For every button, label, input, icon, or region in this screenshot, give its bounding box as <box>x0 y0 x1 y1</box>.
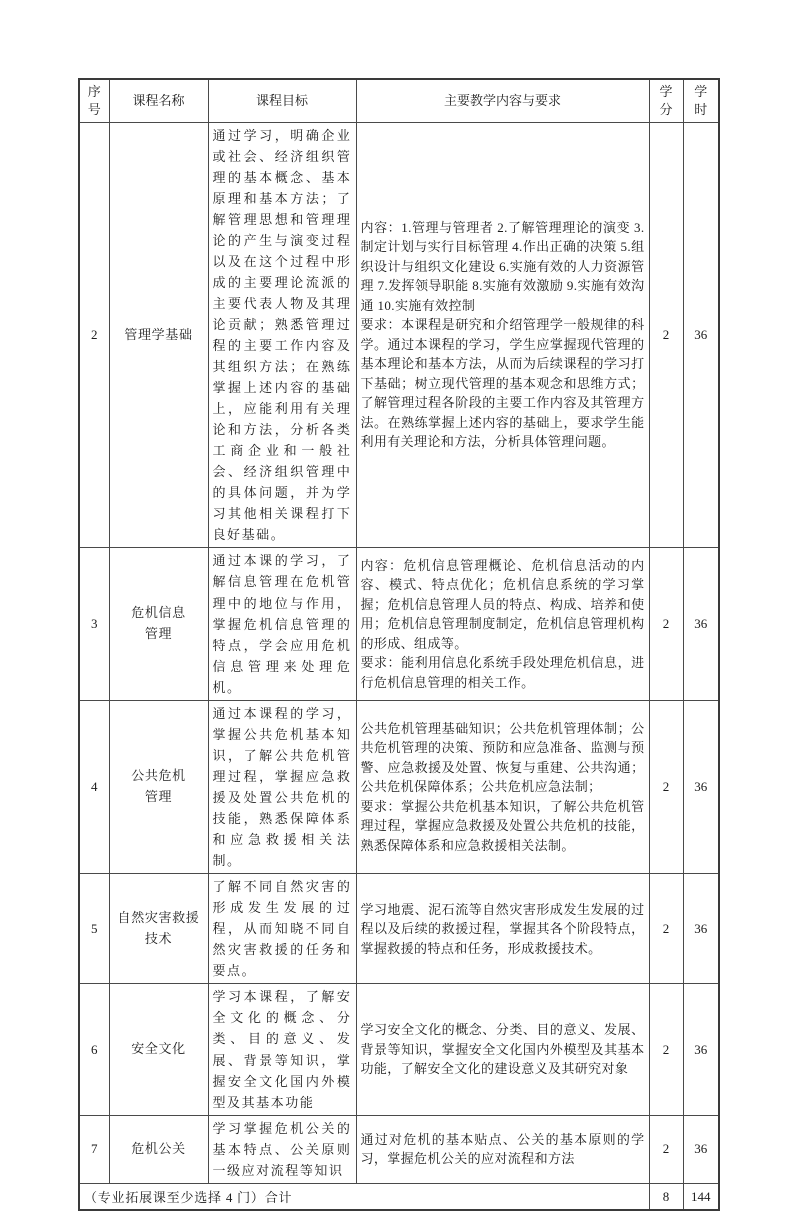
course-index: 4 <box>79 700 109 873</box>
course-content: 通过对危机的基本贴点、公关的基本原则的学习，掌握危机公关的应对流程和方法 <box>356 1115 649 1183</box>
header-credits: 学 分 <box>649 79 683 122</box>
course-credits: 2 <box>649 122 683 548</box>
course-index: 2 <box>79 122 109 548</box>
course-content: 公共危机管理基础知识；公共危机管理体制；公共危机管理的决策、预防和应急准备、监测… <box>356 700 649 873</box>
course-goal: 学习本课程，了解安全文化的概念、分类、目的意义、发展、背景等知识，掌握安全文化国… <box>208 984 356 1115</box>
course-goal: 通过学习，明确企业或社会、经济组织管理的基本概念、基本原理和基本方法；了解管理思… <box>208 122 356 548</box>
course-hours: 36 <box>683 1115 719 1183</box>
course-name: 危机信息 管理 <box>109 548 208 700</box>
course-hours: 36 <box>683 874 719 984</box>
course-content: 学习地震、泥石流等自然灾害形成发生发展的过程以及后续的救援过程，掌握其各个阶段特… <box>356 874 649 984</box>
course-content: 内容：危机信息管理概论、危机信息活动的内容、模式、特点优化；危机信息系统的学习掌… <box>356 548 649 700</box>
course-credits: 2 <box>649 1115 683 1183</box>
course-goal: 了解不同自然灾害的形成发生发展的过程，从而知晓不同自然灾害救援的任务和要点。 <box>208 874 356 984</box>
header-index: 序 号 <box>79 79 109 122</box>
header-hours: 学 时 <box>683 79 719 122</box>
course-goal: 通过本课的学习，了解信息管理在危机管理中的地位与作用，掌握危机信息管理的特点，学… <box>208 548 356 700</box>
course-index: 5 <box>79 874 109 984</box>
course-goal: 学习掌握危机公关的基本特点、公关原则一级应对流程等知识 <box>208 1115 356 1183</box>
course-credits: 2 <box>649 874 683 984</box>
table-row: 5 自然灾害救援 技术 了解不同自然灾害的形成发生发展的过程，从而知晓不同自然灾… <box>79 874 719 984</box>
course-credits: 2 <box>649 984 683 1115</box>
course-goal: 通过本课程的学习，掌握公共危机基本知识，了解公共危机管理过程，掌握应急救援及处置… <box>208 700 356 873</box>
course-credits: 2 <box>649 548 683 700</box>
course-hours: 36 <box>683 548 719 700</box>
course-index: 7 <box>79 1115 109 1183</box>
course-name: 安全文化 <box>109 984 208 1115</box>
document-page: 序 号 课程名称 课程目标 主要教学内容与要求 学 分 学 时 2 管理学基础 … <box>0 0 793 1122</box>
course-hours: 36 <box>683 700 719 873</box>
course-content: 学习安全文化的概念、分类、目的意义、发展、背景等知识，掌握安全文化国内外模型及其… <box>356 984 649 1115</box>
total-hours: 144 <box>683 1183 719 1210</box>
table-row: 7 危机公关 学习掌握危机公关的基本特点、公关原则一级应对流程等知识 通过对危机… <box>79 1115 719 1183</box>
total-credits: 8 <box>649 1183 683 1210</box>
header-course-name: 课程名称 <box>109 79 208 122</box>
table-header-row: 序 号 课程名称 课程目标 主要教学内容与要求 学 分 学 时 <box>79 79 719 122</box>
course-index: 3 <box>79 548 109 700</box>
table-total-row: （专业拓展课至少选择 4 门）合计 8 144 <box>79 1183 719 1210</box>
course-name: 自然灾害救援 技术 <box>109 874 208 984</box>
header-course-goal: 课程目标 <box>208 79 356 122</box>
course-index: 6 <box>79 984 109 1115</box>
course-name: 危机公关 <box>109 1115 208 1183</box>
total-label: （专业拓展课至少选择 4 门）合计 <box>79 1183 649 1210</box>
course-name: 公共危机 管理 <box>109 700 208 873</box>
table-row: 3 危机信息 管理 通过本课的学习，了解信息管理在危机管理中的地位与作用，掌握危… <box>79 548 719 700</box>
table-row: 4 公共危机 管理 通过本课程的学习，掌握公共危机基本知识，了解公共危机管理过程… <box>79 700 719 873</box>
header-teaching-content: 主要教学内容与要求 <box>356 79 649 122</box>
course-content: 内容：1.管理与管理者 2.了解管理理论的演变 3.制定计划与实行目标管理 4.… <box>356 122 649 548</box>
table-row: 2 管理学基础 通过学习，明确企业或社会、经济组织管理的基本概念、基本原理和基本… <box>79 122 719 548</box>
table-row: 6 安全文化 学习本课程，了解安全文化的概念、分类、目的意义、发展、背景等知识，… <box>79 984 719 1115</box>
course-plan-table: 序 号 课程名称 课程目标 主要教学内容与要求 学 分 学 时 2 管理学基础 … <box>78 78 720 1211</box>
course-hours: 36 <box>683 984 719 1115</box>
course-credits: 2 <box>649 700 683 873</box>
course-name: 管理学基础 <box>109 122 208 548</box>
course-hours: 36 <box>683 122 719 548</box>
